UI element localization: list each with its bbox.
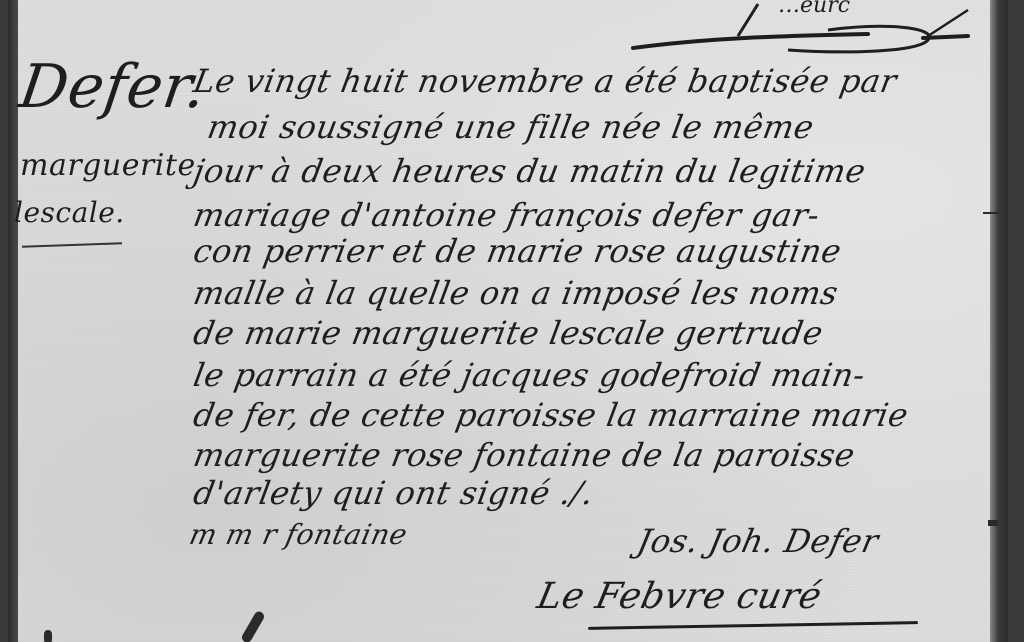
edge-mark — [988, 520, 998, 526]
body-line-11: d'arlety qui ont signé ./. — [191, 474, 597, 512]
body-line-3: jour à deux heures du matin du legitime — [191, 152, 869, 190]
manuscript-page: …eurc Defer. marguerite lescale. Le ving… — [8, 0, 1008, 642]
body-line-5: con perrier et de marie rose augustine — [191, 232, 845, 270]
margin-second-name: lescale. — [14, 196, 125, 229]
previous-entry-text: …eurc — [778, 0, 850, 18]
priest-signature-underline — [588, 621, 918, 630]
next-entry-stroke — [240, 610, 266, 642]
previous-entry-flourish: …eurc — [628, 0, 988, 56]
body-line-10: marguerite rose fontaine de la paroisse — [191, 436, 858, 474]
body-line-8: le parrain a été jacques godefroid main- — [191, 356, 869, 394]
page-left-edge — [8, 0, 18, 642]
margin-surname: Defer. — [15, 52, 210, 122]
signature-witness: Jos. Joh. Defer — [634, 522, 882, 560]
next-entry-stroke — [44, 630, 52, 642]
body-line-6: malle à la quelle on a imposé les noms — [191, 274, 842, 312]
page-right-edge — [990, 0, 1008, 642]
edge-mark — [983, 212, 999, 214]
signature-godmother: m m r fontaine — [186, 518, 410, 551]
body-line-2: moi soussigné une fille née le même — [205, 108, 817, 146]
margin-given-name: marguerite — [20, 148, 196, 183]
body-line-7: de marie marguerite lescale gertrude — [191, 314, 826, 352]
signature-priest: Le Febvre curé — [534, 576, 826, 617]
margin-underline — [22, 242, 122, 247]
body-line-1: Le vingt huit novembre a été baptisée pa… — [191, 62, 900, 100]
body-line-4: mariage d'antoine françois defer gar- — [191, 196, 823, 234]
body-line-9: de fer, de cette paroisse la marraine ma… — [191, 396, 912, 434]
